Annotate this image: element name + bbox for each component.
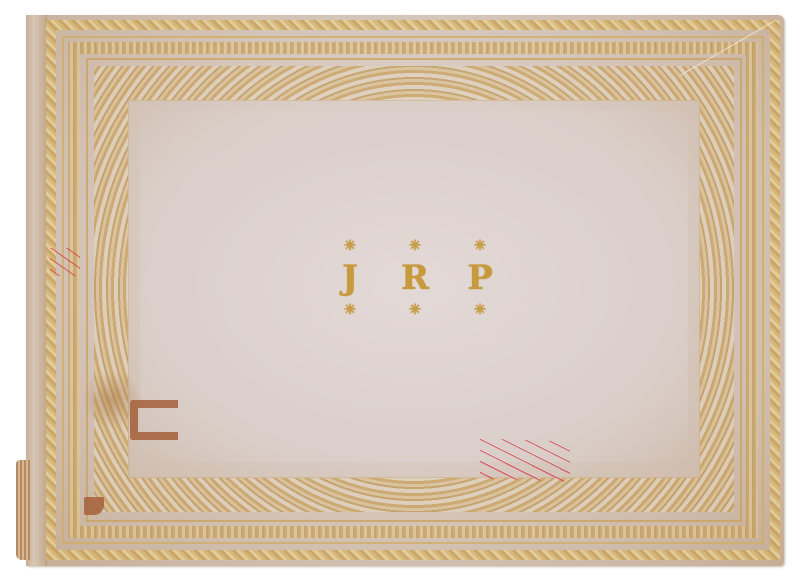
spine-damage bbox=[16, 460, 30, 560]
monogram: J R P bbox=[330, 238, 500, 318]
brown-bracket-mark bbox=[130, 400, 178, 440]
monogram-letter: J bbox=[330, 238, 370, 318]
red-pencil-marks-left bbox=[50, 248, 80, 276]
red-pencil-marks bbox=[480, 438, 570, 481]
monogram-letter: R bbox=[395, 238, 435, 318]
monogram-letter: P bbox=[460, 238, 500, 318]
